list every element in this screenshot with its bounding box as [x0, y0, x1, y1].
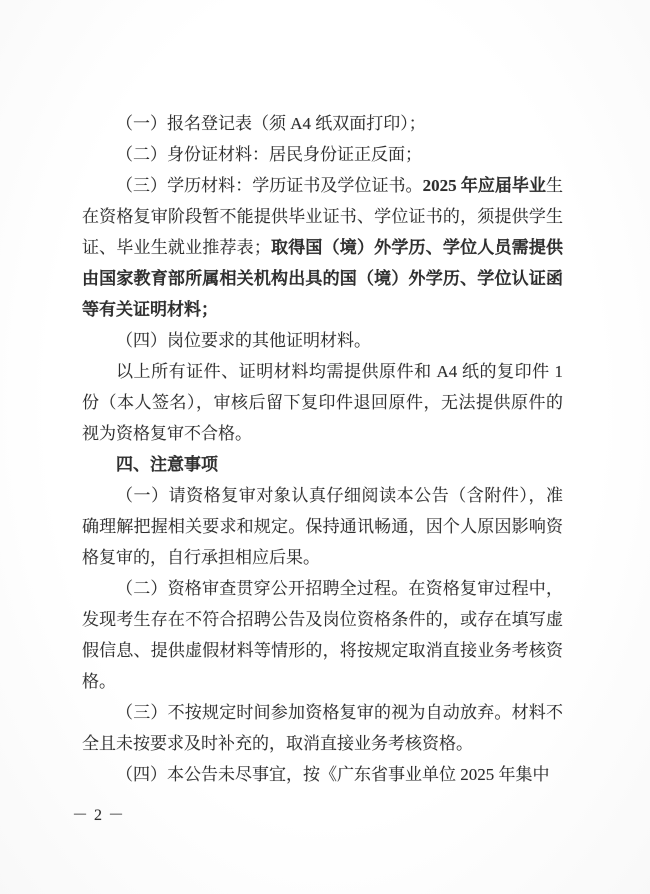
scanned-document-page: （一）报名登记表（须 A4 纸双面打印）；（二）身份证材料：居民身份证正反面；（…: [0, 0, 650, 894]
paragraph-item-4-other-materials: （四）岗位要求的其他证明材料。: [82, 325, 563, 356]
text-run: （一）请资格复审对象认真仔细阅读本公告（含附件），准确理解把握相关要求和规定。保…: [82, 486, 563, 567]
text-run: 以上所有证件、证明材料均需提供原件和 A4 纸的复印件 1 份（本人签名），审核…: [82, 362, 563, 443]
paragraph-item-1-registration-form: （一）报名登记表（须 A4 纸双面打印）；: [82, 108, 563, 139]
paragraph-copies-requirement: 以上所有证件、证明材料均需提供原件和 A4 纸的复印件 1 份（本人签名），审核…: [82, 356, 563, 449]
text-run: （二）资格审查贯穿公开招聘全过程。在资格复审过程中，发现考生存在不符合招聘公告及…: [82, 579, 563, 691]
text-run: （二）身份证材料：居民身份证正反面；: [116, 145, 422, 164]
text-run: （四）本公告未尽事宜，按《广东省事业单位 2025 年集中: [116, 765, 550, 784]
paragraph-note-2: （二）资格审查贯穿公开招聘全过程。在资格复审过程中，发现考生存在不符合招聘公告及…: [82, 573, 563, 697]
text-run: （四）岗位要求的其他证明材料。: [116, 331, 371, 350]
text-run-bold: 四、注意事项: [116, 455, 218, 474]
text-run-bold: 2025 年应届毕业: [423, 176, 546, 195]
paragraph-note-3: （三）不按规定时间参加资格复审的视为自动放弃。材料不全且未按要求及时补充的，取消…: [82, 697, 563, 759]
paragraph-item-2-id-materials: （二）身份证材料：居民身份证正反面；: [82, 139, 563, 170]
document-body: （一）报名登记表（须 A4 纸双面打印）；（二）身份证材料：居民身份证正反面；（…: [82, 108, 563, 790]
text-run: （三）学历材料：学历证书及学位证书。: [116, 176, 423, 195]
text-run: （三）不按规定时间参加资格复审的视为自动放弃。材料不全且未按要求及时补充的，取消…: [82, 703, 563, 753]
paragraph-note-1: （一）请资格复审对象认真仔细阅读本公告（含附件），准确理解把握相关要求和规定。保…: [82, 480, 563, 573]
text-run: （一）报名登记表（须 A4 纸双面打印）；: [116, 114, 426, 133]
paragraph-note-4: （四）本公告未尽事宜，按《广东省事业单位 2025 年集中: [82, 759, 563, 790]
paragraph-item-3-education-materials: （三）学历材料：学历证书及学位证书。2025 年应届毕业生在资格复审阶段暂不能提…: [82, 170, 563, 325]
page-number: － 2 －: [72, 803, 125, 829]
paragraph-section-4-heading: 四、注意事项: [82, 449, 563, 480]
